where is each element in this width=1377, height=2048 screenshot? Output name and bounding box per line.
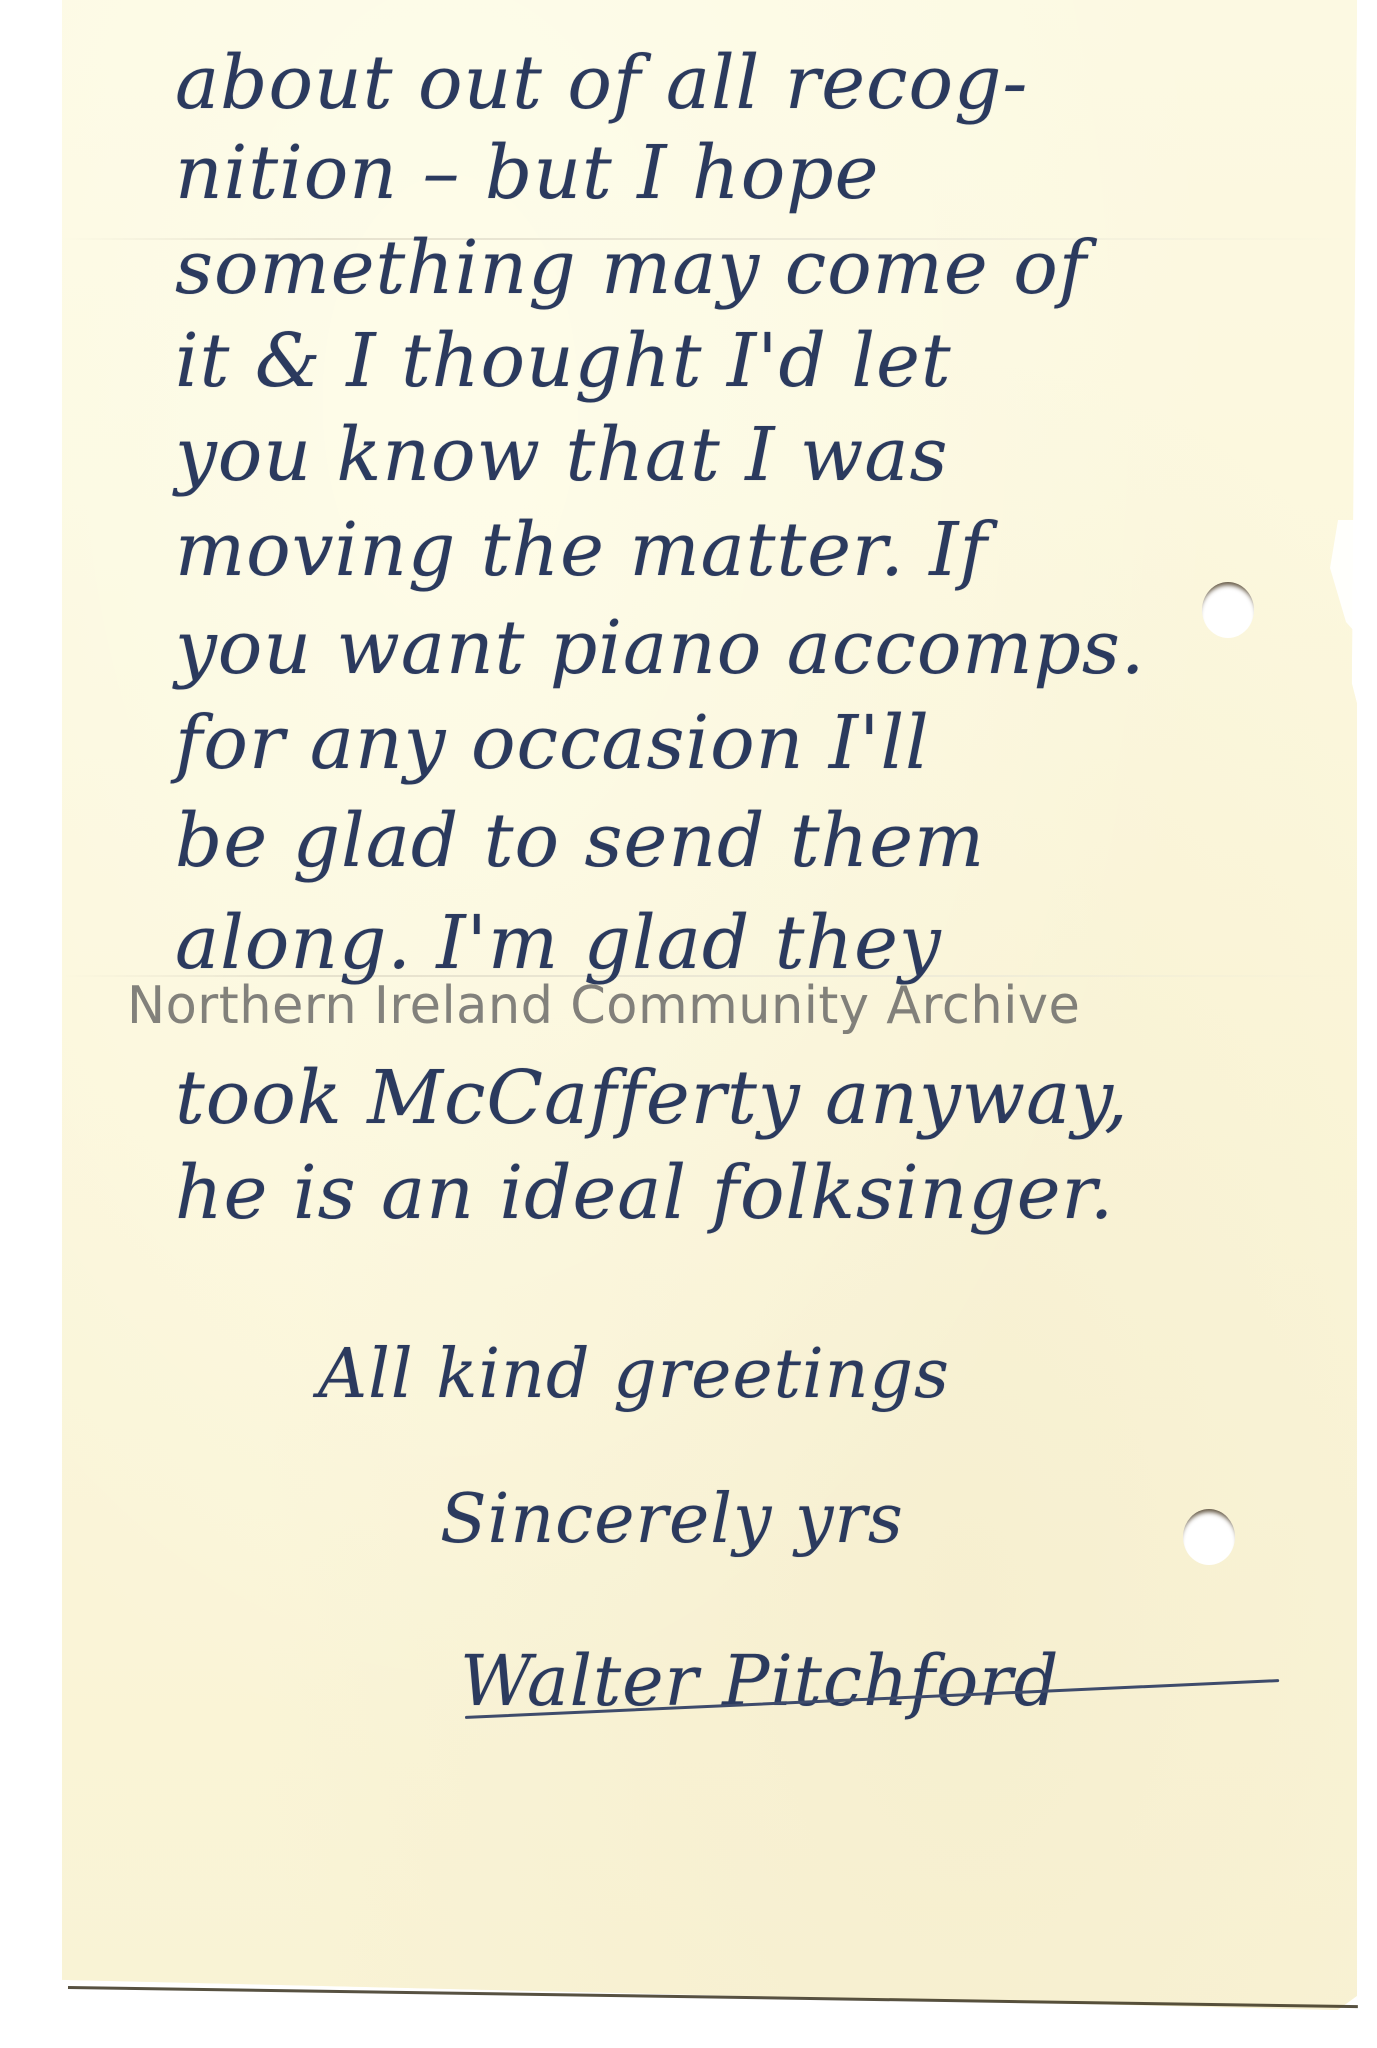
letter-line: you know that I was [175,412,948,498]
closing-greeting: All kind greetings [318,1335,950,1414]
closing-valediction: Sincerely yrs [440,1480,904,1559]
letter-line: be glad to send them [175,798,985,884]
letter-line: he is an ideal folksinger. [175,1150,1114,1236]
letter-line: nition – but I hope [175,130,879,216]
archive-watermark: Northern Ireland Community Archive [127,976,1080,1036]
letter-line: for any occasion I'll [175,700,930,786]
letter-line: took McCafferty anyway, [175,1055,1129,1141]
letter-line: along. I'm glad they [175,900,942,986]
letter-line: you want piano accomps. [175,605,1145,691]
letter-line: something may come of [175,225,1087,311]
document-scan: about out of all recog- nition – but I h… [0,0,1377,2048]
letter-line: it & I thought I'd let [175,318,952,404]
signature: Walter Pitchford [460,1640,1059,1722]
letter-line: about out of all recog- [175,40,1028,126]
letter-line: moving the matter. If [175,507,988,593]
